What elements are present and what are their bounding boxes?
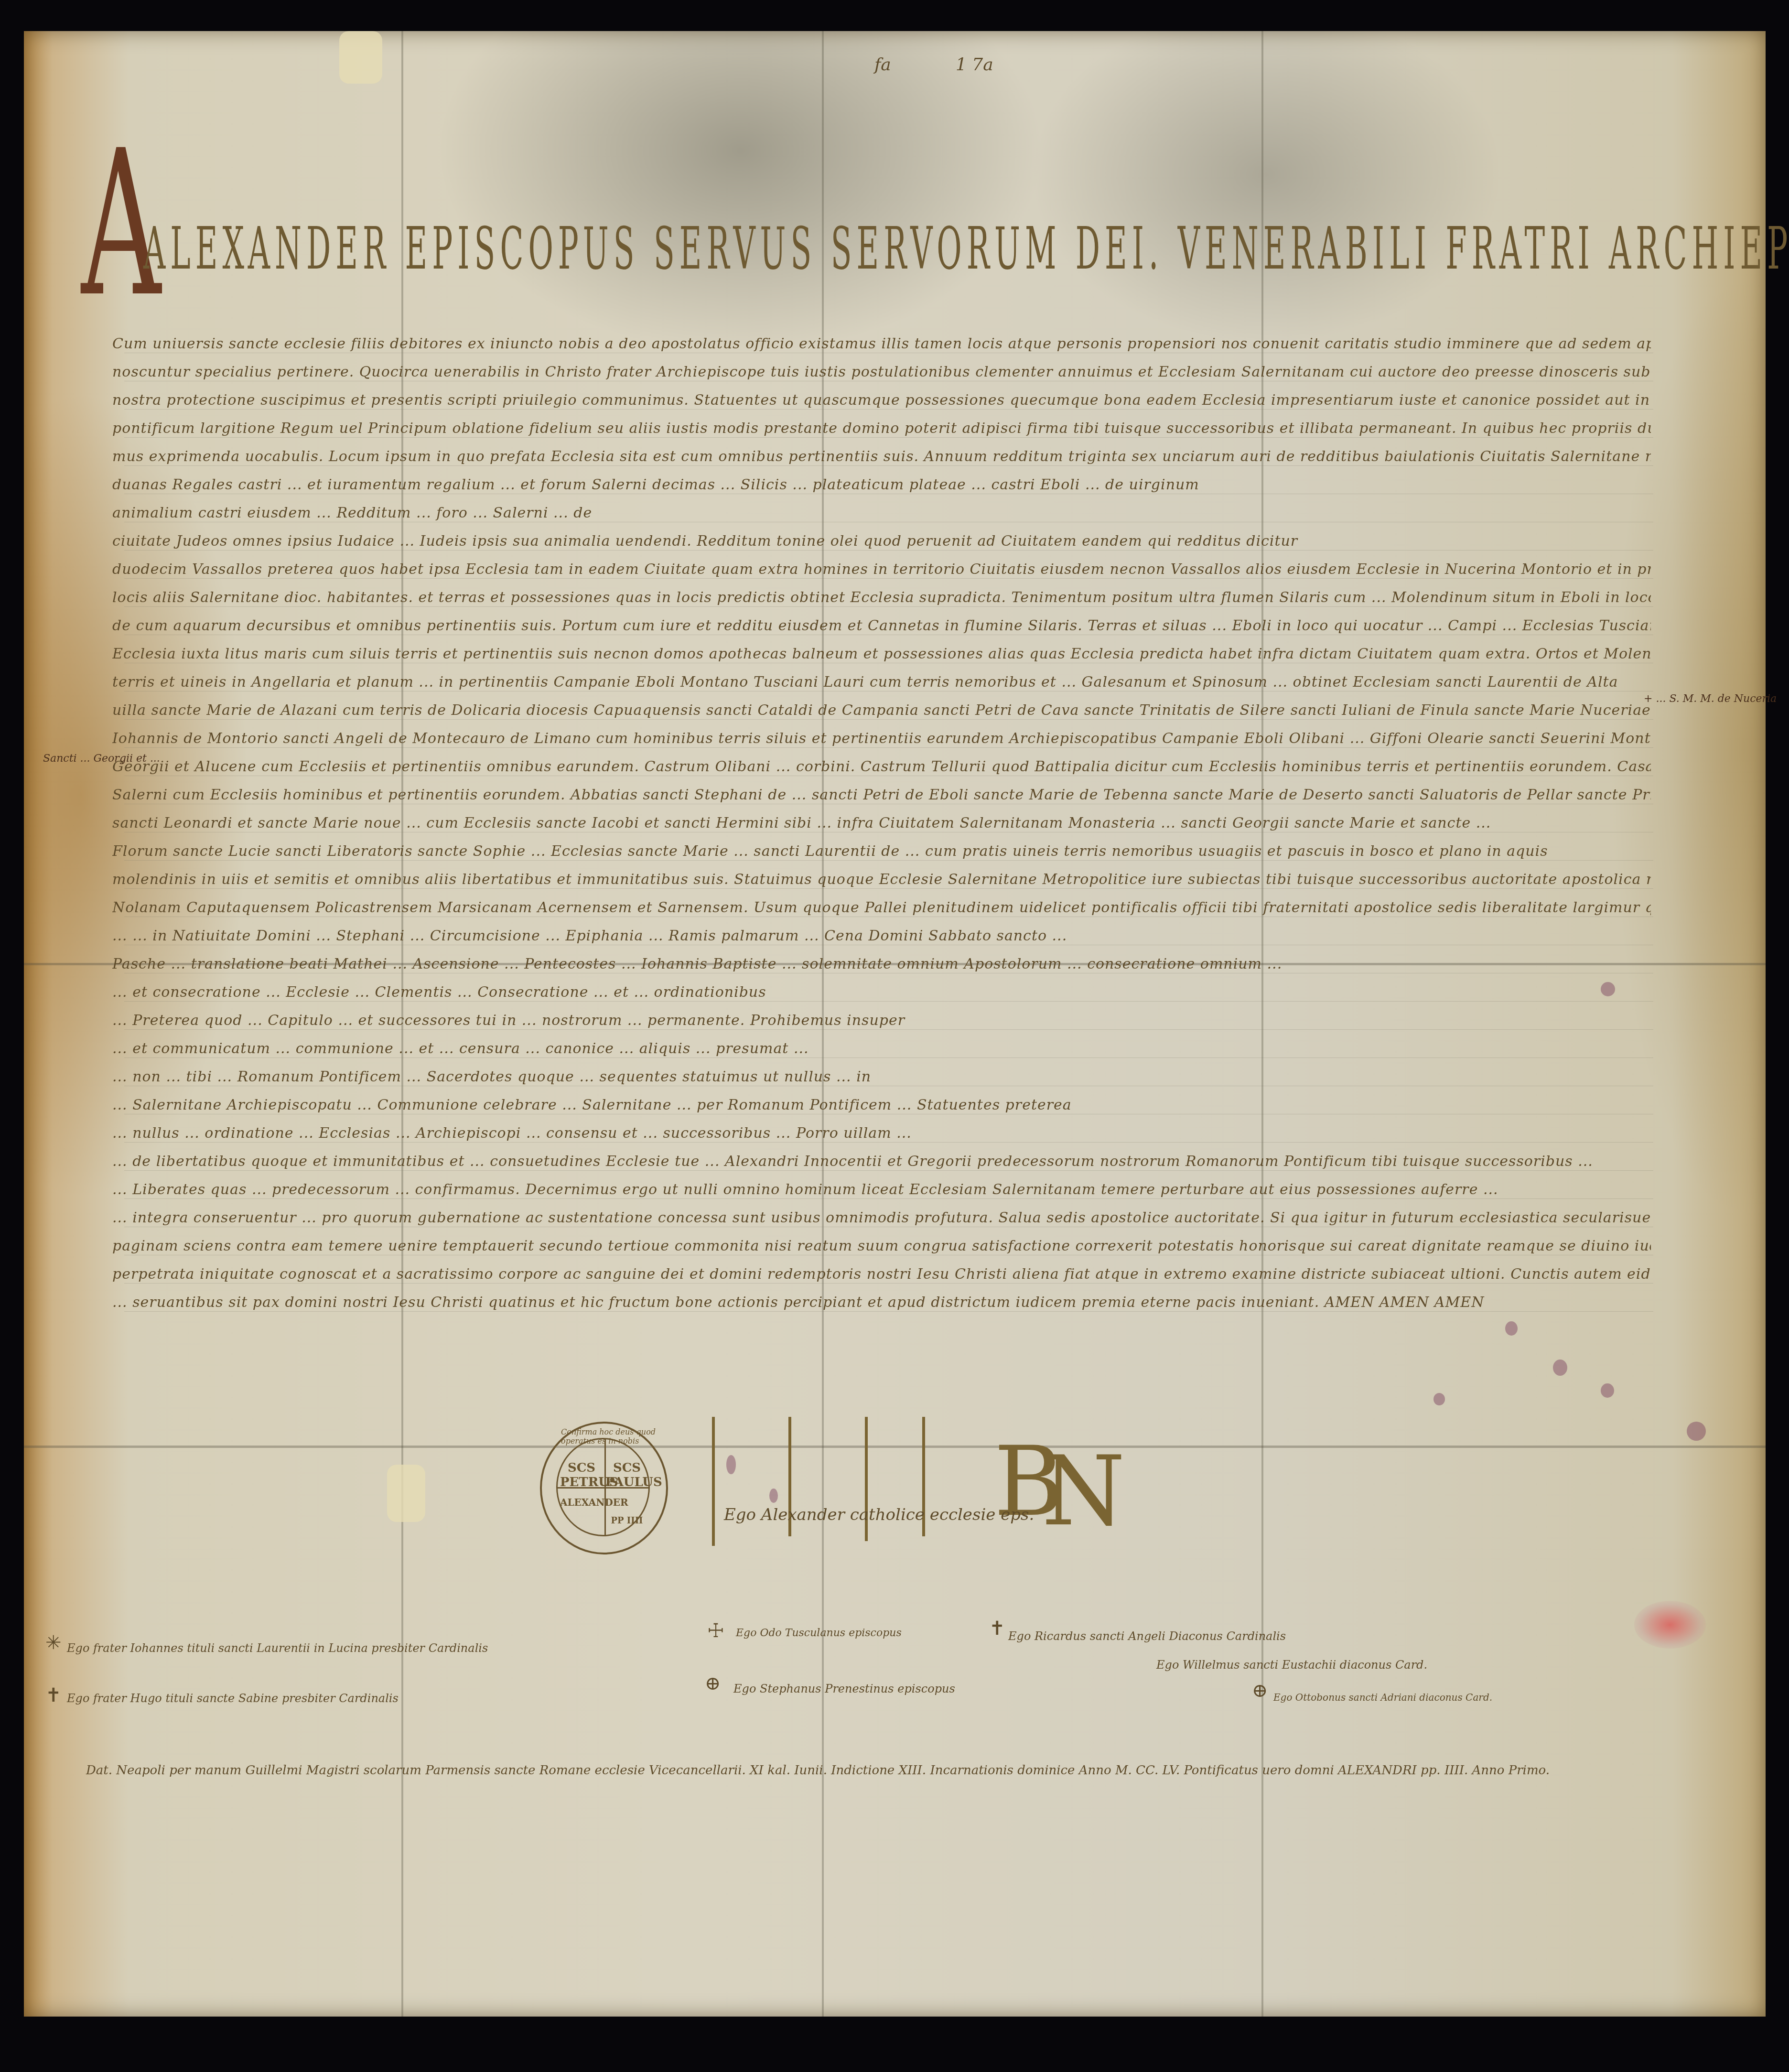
rota-quadrant: PP IIII bbox=[605, 1516, 648, 1526]
repair-patch bbox=[339, 31, 382, 84]
ruling-line bbox=[124, 550, 1653, 550]
text-line: nostra protectione suscipimus et present… bbox=[112, 391, 1651, 410]
left-margin-note: Sancti ... Georgii et ... bbox=[43, 753, 160, 765]
text-line: duodecim Vassallos preterea quos habet i… bbox=[112, 560, 1651, 579]
ruling-line bbox=[124, 860, 1653, 861]
red-wax-trace bbox=[1634, 1601, 1706, 1649]
ruling-line bbox=[124, 494, 1653, 494]
cardinal-subscription: Ego frater Iohannes tituli sancti Lauren… bbox=[67, 1641, 488, 1655]
cardinal-subscription: Ego Willelmus sancti Eustachii diaconus … bbox=[1156, 1658, 1427, 1672]
text-line: ... Preterea quod ... Capitulo ... et su… bbox=[112, 1011, 1651, 1030]
ruling-line bbox=[124, 804, 1653, 804]
text-line: Salerni cum Ecclesiis hominibus et perti… bbox=[112, 786, 1651, 805]
ruling-line bbox=[124, 1283, 1653, 1284]
text-line: ciuitate Judeos omnes ipsius Iudaice ...… bbox=[112, 532, 1651, 551]
datum-line: Dat. Neapoli per manum Guillelmi Magistr… bbox=[86, 1763, 1550, 1778]
text-line: locis aliis Salernitane dioc. habitantes… bbox=[112, 588, 1651, 607]
cross-sign-icon: ☩ bbox=[707, 1620, 724, 1642]
ruling-line bbox=[124, 1227, 1653, 1227]
text-line: mus exprimenda uocabulis. Locum ipsum in… bbox=[112, 447, 1651, 466]
text-line: molendinis in uiis et semitis et omnibus… bbox=[112, 870, 1651, 889]
cross-sign-icon: ✳ bbox=[45, 1632, 62, 1654]
cross-sign-icon: ⊕ bbox=[1252, 1680, 1268, 1702]
text-line: Cum uniuersis sancte ecclesie filiis deb… bbox=[112, 335, 1651, 354]
text-line: ... ... in Natiuitate Domini ... Stephan… bbox=[112, 927, 1651, 946]
right-margin-note: + ... S. M. M. de Nuceria bbox=[1644, 693, 1777, 705]
ruling-line bbox=[124, 973, 1653, 973]
text-line: terris et uineis in Angellaria et planum… bbox=[112, 673, 1651, 692]
text-line: ... integra conseruentur ... pro quorum … bbox=[112, 1209, 1651, 1228]
cross-sign-icon: ⊕ bbox=[705, 1673, 721, 1694]
ruling-line bbox=[124, 945, 1653, 945]
monogram-stroke bbox=[712, 1417, 715, 1546]
ruling-line bbox=[124, 465, 1653, 466]
cardinal-subscription: Ego frater Hugo tituli sancte Sabine pre… bbox=[67, 1692, 399, 1705]
ruling-line bbox=[124, 522, 1653, 522]
ruling-line bbox=[124, 1255, 1653, 1255]
archival-number: 1 7a bbox=[956, 55, 993, 75]
text-line: ... Salernitane Archiepiscopatu ... Comm… bbox=[112, 1096, 1651, 1115]
text-line: ... et consecratione ... Ecclesie ... Cl… bbox=[112, 983, 1651, 1002]
cardinal-subscription: Ego Stephanus Prenestinus episcopus bbox=[733, 1682, 955, 1695]
text-line: Nolanam Caputaquensem Policastrensem Mar… bbox=[112, 898, 1651, 917]
ink-stain bbox=[1553, 1360, 1567, 1376]
ruling-line bbox=[124, 663, 1653, 663]
ruling-line bbox=[124, 747, 1653, 748]
cardinal-subscription: Ego Ottobonus sancti Adriani diaconus Ca… bbox=[1273, 1692, 1492, 1703]
text-line: noscuntur specialius pertinere. Quocirca… bbox=[112, 363, 1651, 382]
ruling-line bbox=[124, 832, 1653, 832]
text-line: Ecclesia iuxta litus maris cum siluis te… bbox=[112, 645, 1651, 664]
ruling-line bbox=[124, 606, 1653, 607]
cross-sign-icon: ✝ bbox=[45, 1684, 62, 1706]
archival-mark: fa bbox=[874, 55, 891, 75]
ruling-line bbox=[124, 437, 1653, 438]
text-line: perpetrata iniquitate cognoscat et a sac… bbox=[112, 1265, 1651, 1284]
ruling-line bbox=[124, 1114, 1653, 1114]
text-line: ... Liberates quas ... predecessorum ...… bbox=[112, 1180, 1651, 1199]
rota-quadrant: SCS PAULUS bbox=[605, 1461, 648, 1489]
ruling-line bbox=[124, 635, 1653, 635]
ink-stain bbox=[1505, 1321, 1518, 1336]
rota-quadrant: SCS PETRUS bbox=[560, 1461, 603, 1489]
ruling-line bbox=[124, 888, 1653, 889]
ink-stain bbox=[1433, 1393, 1445, 1405]
ruling-line bbox=[124, 409, 1653, 410]
text-line: paginam sciens contra eam temere uenire … bbox=[112, 1237, 1651, 1256]
text-line: sancti Leonardi et sancte Marie noue ...… bbox=[112, 814, 1651, 833]
text-line: Iohannis de Montorio sancti Angeli de Mo… bbox=[112, 729, 1651, 748]
ruling-line bbox=[124, 1029, 1653, 1030]
rota-inner-circle: SCS PETRUS SCS PAULUS ALEXANDER PP IIII bbox=[556, 1438, 650, 1536]
text-line: ... de libertatibus quoque et immunitati… bbox=[112, 1152, 1651, 1171]
ruling-line bbox=[124, 1198, 1653, 1199]
ruling-line bbox=[124, 691, 1653, 691]
repair-patch bbox=[387, 1465, 425, 1522]
ruling-line bbox=[124, 1170, 1653, 1171]
cardinal-subscription: Ego Ricardus sancti Angeli Diaconus Card… bbox=[1008, 1630, 1286, 1643]
cross-sign-icon: ✝ bbox=[989, 1618, 1005, 1640]
cardinal-subscription: Ego Odo Tusculanus episcopus bbox=[736, 1627, 902, 1639]
text-line: ... nullus ... ordinatione ... Ecclesias… bbox=[112, 1124, 1651, 1143]
ruling-line bbox=[124, 917, 1653, 917]
text-line: pontificum largitione Regum uel Principu… bbox=[112, 419, 1651, 438]
elongated-title-line: ALEXANDER EPISCOPUS SERVUS SERVORUM DEI.… bbox=[143, 216, 1586, 325]
ruling-line bbox=[124, 719, 1653, 720]
ruling-line bbox=[124, 381, 1653, 381]
text-line: ... non ... tibi ... Romanum Pontificem … bbox=[112, 1068, 1651, 1087]
ruling-line bbox=[124, 578, 1653, 579]
decorated-initial: A bbox=[81, 110, 110, 339]
ruling-line bbox=[124, 353, 1653, 353]
ink-stain bbox=[1687, 1422, 1706, 1441]
pope-subscription: Ego Alexander catholice ecclesie eps. bbox=[724, 1505, 1034, 1524]
ruling-line bbox=[124, 776, 1653, 776]
monogram-letter-n: N bbox=[1042, 1436, 1125, 1547]
text-line: ... et communicatum ... communione ... e… bbox=[112, 1039, 1651, 1058]
ruling-line bbox=[124, 1058, 1653, 1058]
text-line: uilla sancte Marie de Alazani cum terris… bbox=[112, 701, 1651, 720]
ruling-line bbox=[124, 1142, 1653, 1143]
text-line: de cum aquarum decursibus et omnibus per… bbox=[112, 616, 1651, 636]
rota-seal: Confirma hoc deus quod operatus es in no… bbox=[540, 1422, 668, 1554]
ruling-line bbox=[124, 1086, 1653, 1086]
ruling-line bbox=[124, 1001, 1653, 1002]
text-line: ... seruantibus sit pax domini nostri Ie… bbox=[112, 1293, 1651, 1312]
rota-quadrant: ALEXANDER bbox=[560, 1497, 603, 1508]
text-line: Georgii et Alucene cum Ecclesiis et pert… bbox=[112, 757, 1651, 777]
bene-valete-monogram: B N bbox=[707, 1417, 1128, 1546]
text-line: duanas Regales castri ... et iuramentum … bbox=[112, 475, 1651, 495]
text-line: animalium castri eiusdem ... Redditum ..… bbox=[112, 504, 1651, 523]
ruling-line bbox=[124, 1311, 1653, 1312]
ink-stain bbox=[1601, 1383, 1614, 1398]
text-line: Florum sancte Lucie sancti Liberatoris s… bbox=[112, 842, 1651, 861]
text-line: Pasche ... translatione beati Mathei ...… bbox=[112, 955, 1651, 974]
